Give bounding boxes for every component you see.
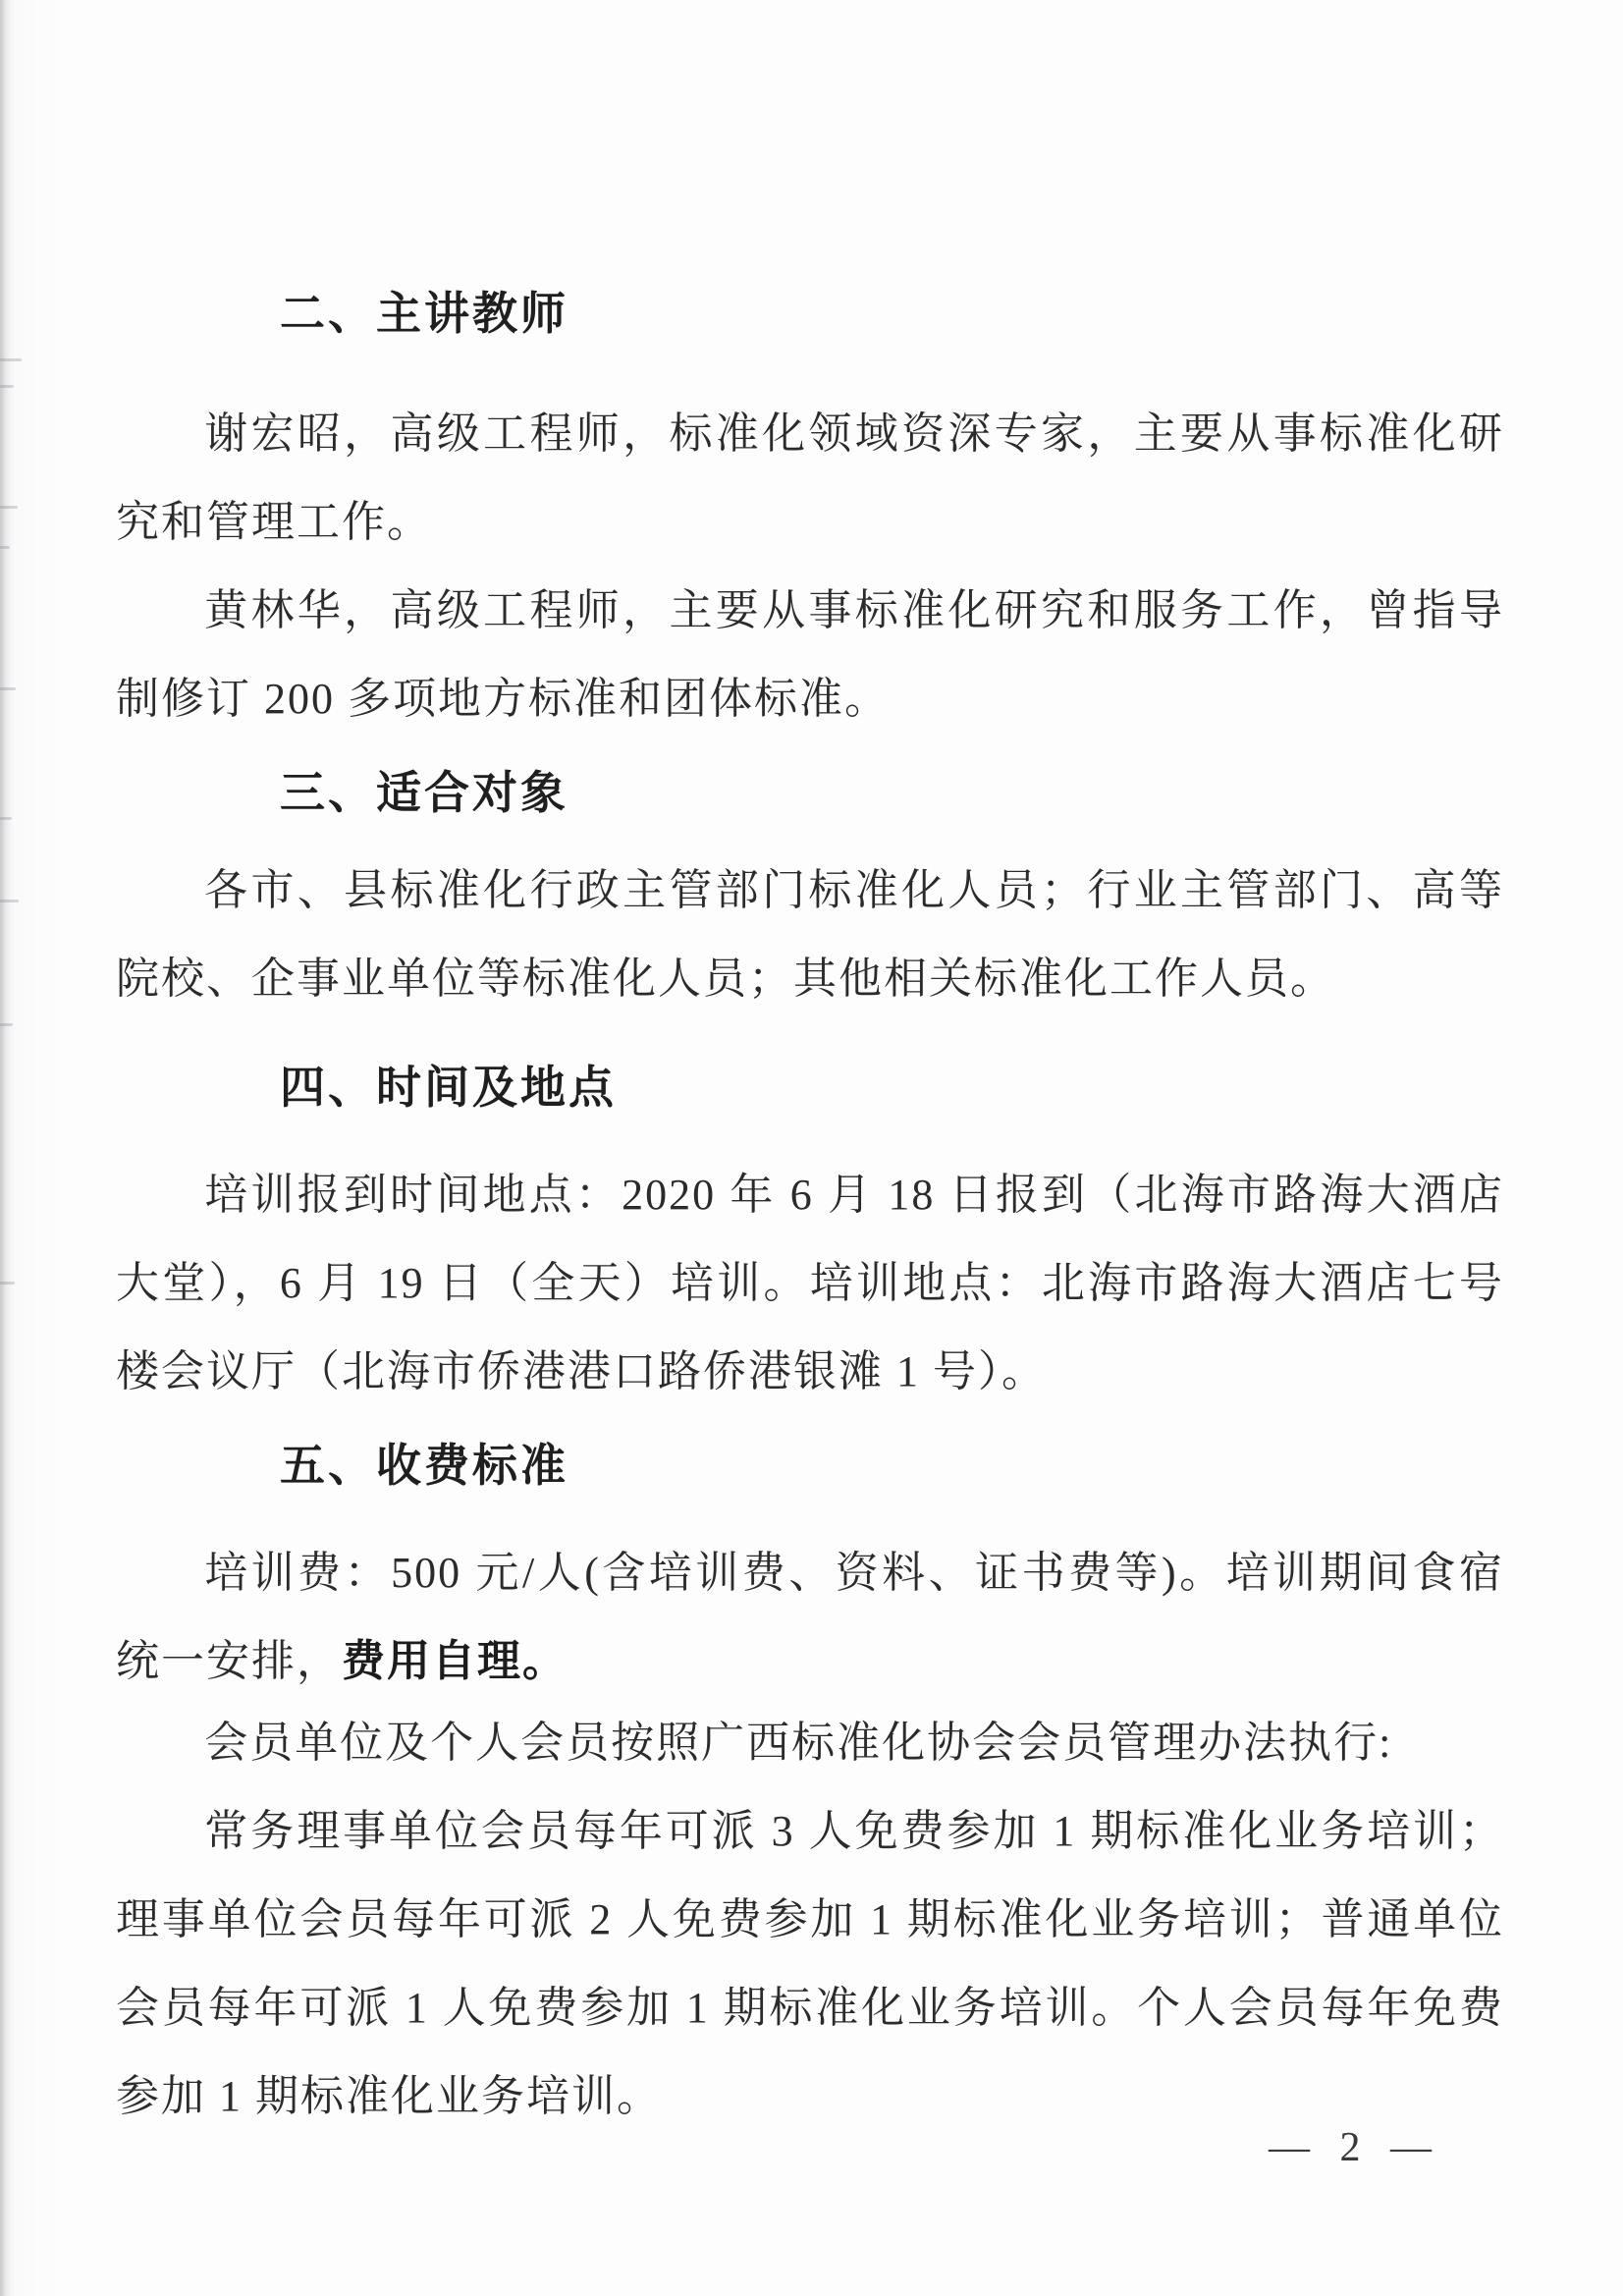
- document-page: 二、主讲教师 谢宏昭，高级工程师，标准化领域资深专家，主要从事标准化研究和管理工…: [0, 0, 1623, 2296]
- scan-smudge: [0, 900, 19, 902]
- page-number: — 2 —: [1269, 2104, 1441, 2192]
- scan-edge-artifact: [0, 0, 11, 2296]
- scan-smudge: [0, 385, 14, 388]
- paragraph-audience: 各市、县标准化行政主管部门标准化人员；行业主管部门、高等院校、企事业单位等标准化…: [116, 847, 1504, 1023]
- section-heading-teachers: 二、主讲教师: [280, 269, 568, 359]
- scan-smudge: [0, 1282, 15, 1285]
- scan-smudge: [0, 817, 12, 820]
- section-heading-schedule: 四、时间及地点: [280, 1043, 617, 1133]
- paragraph-schedule: 培训报到时间地点：2020 年 6 月 18 日报到（北海市路海大酒店大堂），6…: [116, 1151, 1504, 1416]
- scan-smudge: [0, 358, 22, 361]
- scan-smudge: [0, 687, 16, 690]
- fee-self-pay-bold-text: 费用自理。: [342, 1637, 568, 1685]
- scan-smudge: [0, 1023, 13, 1026]
- scan-smudge: [0, 506, 18, 509]
- section-heading-fees: 五、收费标准: [280, 1421, 568, 1511]
- paragraph-member-policy: 会员单位及个人会员按照广西标准化协会会员管理办法执行:: [116, 1699, 1504, 1787]
- fee-standard-text: 培训费：500 元/人(含培训费、资料、证书费等)。培训期间食宿统一安排，: [116, 1549, 1504, 1685]
- scan-smudge: [0, 546, 10, 549]
- paragraph-teacher-huang: 黄林华，高级工程师，主要从事标准化研究和服务工作，曾指导制修订 200 多项地方…: [116, 567, 1504, 743]
- paragraph-fee-standard: 培训费：500 元/人(含培训费、资料、证书费等)。培训期间食宿统一安排，费用自…: [116, 1529, 1504, 1706]
- paragraph-teacher-xie: 谢宏昭，高级工程师，标准化领域资深专家，主要从事标准化研究和管理工作。: [116, 390, 1504, 567]
- section-heading-audience: 三、适合对象: [280, 748, 568, 839]
- paragraph-member-detail: 常务理事单位会员每年可派 3 人免费参加 1 期标准化业务培训；理事单位会员每年…: [116, 1787, 1504, 2141]
